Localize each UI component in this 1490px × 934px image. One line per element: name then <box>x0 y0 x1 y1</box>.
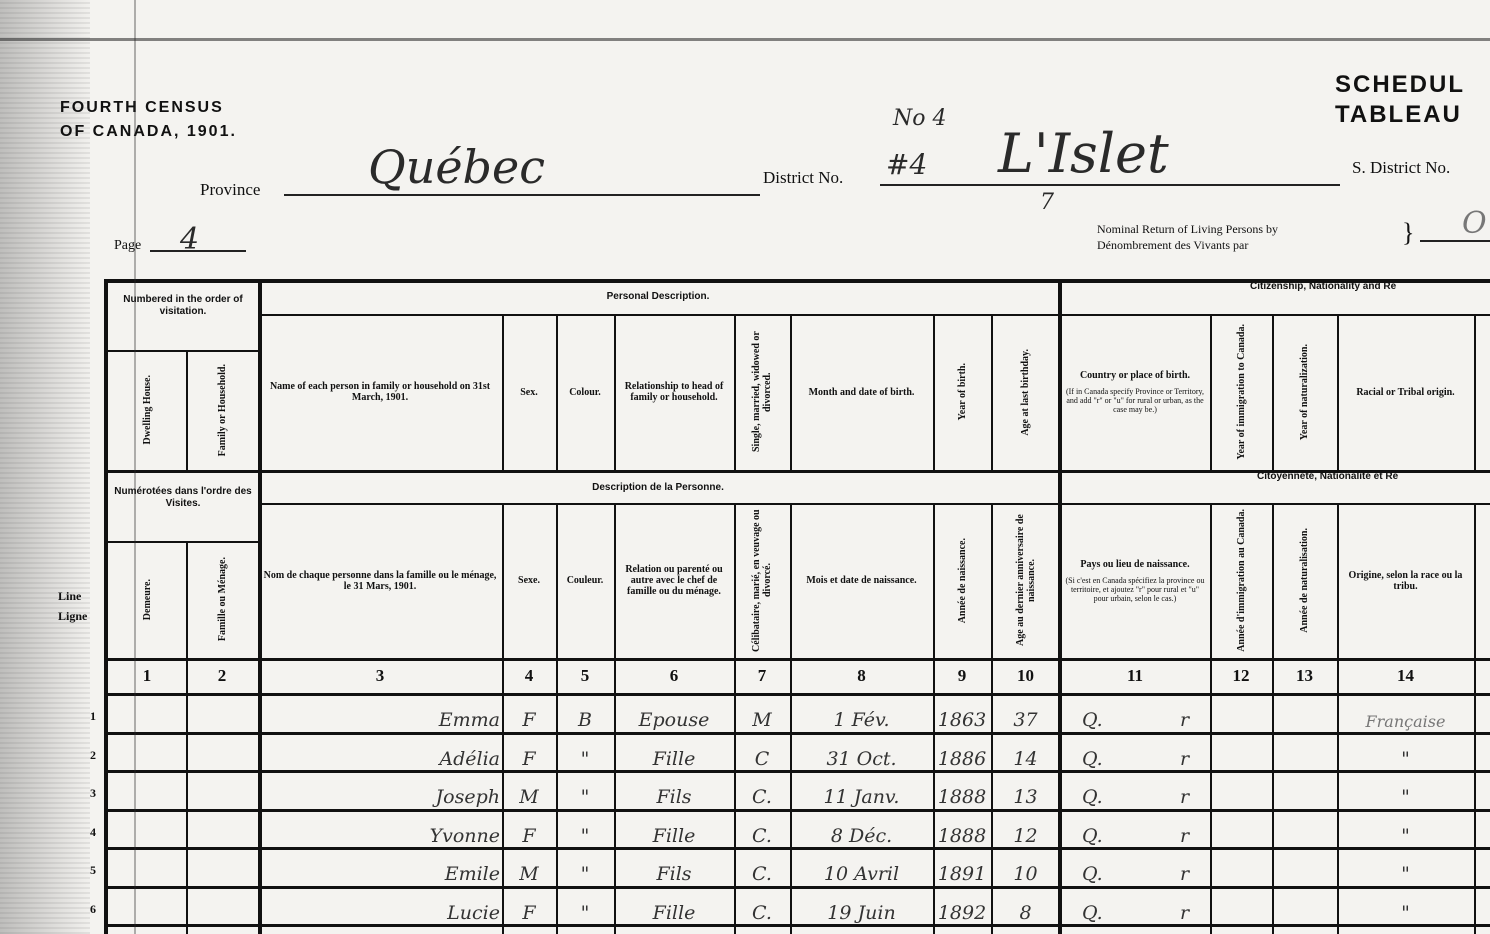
column-number-7: 7 <box>734 658 790 693</box>
line-number: 4 <box>78 825 108 840</box>
column-header-13-fr: Année de naturalisation. <box>1275 505 1334 656</box>
district-label: District No. <box>763 168 843 188</box>
cell-age: 14 <box>993 735 1058 772</box>
cell-birth_date: 11 Janv. <box>792 773 931 810</box>
cell-age: 37 <box>993 696 1058 733</box>
cell-colour: " <box>558 773 612 810</box>
column-number-10: 10 <box>991 658 1060 693</box>
column-number-2: 2 <box>186 658 258 693</box>
column-header-5-en: Colour. <box>559 316 611 468</box>
line-label-en: Line <box>58 586 87 606</box>
cell-origin: Française <box>1339 696 1472 733</box>
cell-birth_year: 1891 <box>935 850 989 887</box>
cell-name: Emma <box>260 696 510 733</box>
column-header-note: (Si c'est en Canada spécifiez la provinc… <box>1063 576 1207 603</box>
cell-colour: " <box>558 850 612 887</box>
column-header-text: Country or place of birth. <box>1080 370 1190 381</box>
cell-name: Yvonne <box>260 812 510 849</box>
cell-rural-urban: r <box>1180 735 1206 772</box>
column-header-1-en: Dwelling House. <box>111 352 183 468</box>
cell-sex: M <box>504 850 554 887</box>
cell-birth_date: 1 Fév. <box>792 696 931 733</box>
column-header-3-en: Name of each person in family or househo… <box>261 316 499 468</box>
section-title-personal-fr: Description de la Personne. <box>258 482 1058 493</box>
table-rule-vertical <box>1272 314 1274 470</box>
cell-birth_date: 10 Avril <box>792 850 931 887</box>
cell-birth_year: 1888 <box>935 773 989 810</box>
column-header-3-fr: Nom de chaque personne dans la famille o… <box>261 505 499 656</box>
column-number-1: 1 <box>108 658 186 693</box>
table-rule-vertical <box>734 314 736 470</box>
section-title-visitation-en: Numbered in the order of visitation. <box>110 294 256 318</box>
cell-status: M <box>736 696 788 733</box>
cell-rural-urban: r <box>1180 812 1206 849</box>
line-label-fr: Ligne <box>58 606 87 626</box>
sub-district-label: S. District No. <box>1352 158 1450 178</box>
census-title-line-2: OF CANADA, 1901. <box>60 120 237 144</box>
column-header-text: Mois et date de naissance. <box>806 575 916 586</box>
cell-relation: Fille <box>616 889 732 926</box>
cell-birth_year: 1863 <box>935 696 989 733</box>
column-header-text: Year of naturalization. <box>1299 344 1310 440</box>
column-header-5-fr: Couleur. <box>559 505 611 656</box>
cell-rural-urban: r <box>1180 889 1206 926</box>
cell-origin: " <box>1339 773 1472 810</box>
column-header-note: (If in Canada specify Province or Territ… <box>1063 387 1207 414</box>
column-header-text: Year of birth. <box>957 363 968 420</box>
table-rule-vertical <box>614 314 616 470</box>
top-border-line <box>0 38 1490 41</box>
cell-birth_date: 19 Juin <box>792 889 931 926</box>
column-header-text: Famille ou Ménage. <box>217 557 228 641</box>
column-header-text: Relation ou parenté ou autre avec le che… <box>617 564 731 597</box>
column-header-text: Single, married, widowed or divorced. <box>751 320 773 464</box>
cell-sex: F <box>504 696 554 733</box>
cell-status: C. <box>736 812 788 849</box>
column-number-5: 5 <box>556 658 614 693</box>
column-header-text: Célibataire, marié, en veuvage ou divorc… <box>751 509 773 652</box>
table-rule-vertical <box>1210 314 1212 470</box>
table-rule-vertical <box>1474 503 1476 934</box>
cell-relation: Fille <box>616 735 732 772</box>
cell-origin: " <box>1339 850 1472 887</box>
column-header-8-fr: Mois et date de naissance. <box>793 505 930 656</box>
column-header-14-fr: Origine, selon la race ou la tribu. <box>1340 505 1471 656</box>
page-label: Page <box>114 238 141 254</box>
cell-rural-urban: r <box>1180 696 1206 733</box>
column-header-text: Année d'immigration au Canada. <box>1236 509 1247 652</box>
nominal-return-en: Nominal Return of Living Persons by <box>1097 222 1278 236</box>
cell-age: 13 <box>993 773 1058 810</box>
schedule-title-line-1: SCHEDUL <box>1335 70 1465 100</box>
table-rule-vertical <box>790 314 792 470</box>
cell-rural-urban: r <box>1180 773 1206 810</box>
cell-status: C. <box>736 850 788 887</box>
column-number-12: 12 <box>1210 658 1272 693</box>
cell-age: 8 <box>993 889 1058 926</box>
cell-name: Joseph <box>260 773 510 810</box>
column-number-8: 8 <box>790 658 933 693</box>
table-rule-vertical <box>1337 314 1339 470</box>
column-header-12-en: Year of immigration to Canada. <box>1213 316 1269 468</box>
line-number: 6 <box>78 902 108 917</box>
cell-origin: " <box>1339 735 1472 772</box>
cell-relation: Fils <box>616 773 732 810</box>
scan-fold-line <box>134 0 136 934</box>
table-rule-vertical <box>502 314 504 470</box>
column-number-13: 13 <box>1272 658 1337 693</box>
table-rule-vertical <box>991 314 993 470</box>
cell-status: C <box>736 735 788 772</box>
district-name: L'Islet <box>998 122 1169 185</box>
cell-birth_year: 1886 <box>935 735 989 772</box>
schedule-title-line-2: TABLEAU <box>1335 100 1465 130</box>
column-header-8-en: Month and date of birth. <box>793 316 930 468</box>
column-header-text: Sex. <box>520 387 538 398</box>
nominal-return-fr: Dénombrement des Vivants par <box>1097 238 1248 252</box>
column-header-6-en: Relationship to head of family or househ… <box>617 316 731 468</box>
census-title: FOURTH CENSUS OF CANADA, 1901. <box>60 96 237 144</box>
column-header-text: Couleur. <box>567 575 604 586</box>
cell-relation: Fille <box>616 812 732 849</box>
schedule-title: SCHEDUL TABLEAU <box>1335 70 1465 130</box>
column-number-6: 6 <box>614 658 734 693</box>
column-header-4-en: Sex. <box>505 316 553 468</box>
column-number-4: 4 <box>502 658 556 693</box>
section-title-visitation-fr: Numérotées dans l'ordre des Visites. <box>110 486 256 510</box>
column-header-text: Age at last birthday. <box>1020 349 1031 436</box>
line-number: 2 <box>78 748 108 763</box>
cell-sex: M <box>504 773 554 810</box>
column-number-14: 14 <box>1337 658 1474 693</box>
column-header-text: Dwelling House. <box>142 375 153 444</box>
column-header-9-en: Year of birth. <box>936 316 988 468</box>
section-title-personal-en: Personal Description. <box>258 291 1058 302</box>
cell-status: C. <box>736 889 788 926</box>
column-header-text: Année de naturalisation. <box>1299 528 1310 633</box>
line-number: 1 <box>78 709 108 724</box>
cell-birth_date: 8 Déc. <box>792 812 931 849</box>
column-header-10-fr: Age au dernier anniversaire de naissance… <box>994 505 1057 656</box>
cell-age: 10 <box>993 850 1058 887</box>
table-rule-vertical <box>1272 503 1274 934</box>
column-header-11-en: Country or place of birth.(If in Canada … <box>1063 316 1207 468</box>
cell-sex: F <box>504 735 554 772</box>
column-header-text: Age au dernier anniversaire de naissance… <box>1015 509 1037 652</box>
cell-origin: " <box>1339 812 1472 849</box>
column-header-7-en: Single, married, widowed or divorced. <box>737 316 787 468</box>
column-header-text: Sexe. <box>518 575 540 586</box>
cell-age: 12 <box>993 812 1058 849</box>
column-number-11: 11 <box>1060 658 1210 693</box>
column-header-text: Colour. <box>569 387 601 398</box>
column-header-text: Name of each person in family or househo… <box>261 381 499 403</box>
cell-sex: F <box>504 812 554 849</box>
column-number-9: 9 <box>933 658 991 693</box>
column-header-14-en: Racial or Tribal origin. <box>1340 316 1471 468</box>
column-header-text: Pays ou lieu de naissance. <box>1080 559 1189 570</box>
cell-name: Lucie <box>260 889 510 926</box>
column-number-3: 3 <box>258 658 502 693</box>
cell-colour: " <box>558 735 612 772</box>
line-number: 3 <box>78 786 108 801</box>
column-header-12-fr: Année d'immigration au Canada. <box>1213 505 1269 656</box>
cell-relation: Fils <box>616 850 732 887</box>
cell-birth_date: 31 Oct. <box>792 735 931 772</box>
line-number: 5 <box>78 863 108 878</box>
section-title-citizenship-en: Citizenship, Nationality and Re <box>1060 281 1490 292</box>
cell-birth_year: 1892 <box>935 889 989 926</box>
cell-birth_year: 1888 <box>935 812 989 849</box>
cell-colour: B <box>558 696 612 733</box>
province-value: Québec <box>368 140 545 194</box>
column-header-text: Origine, selon la race ou la tribu. <box>1340 570 1471 592</box>
table-rule-vertical <box>1474 314 1476 470</box>
district-number: #4 <box>886 148 927 181</box>
cell-sex: F <box>504 889 554 926</box>
table-rule-vertical <box>186 350 188 470</box>
column-header-text: Family or Household. <box>217 364 228 456</box>
cell-colour: " <box>558 812 612 849</box>
column-header-text: Racial or Tribal origin. <box>1356 387 1454 398</box>
cell-relation: Epouse <box>616 696 732 733</box>
enumerator-partial: O <box>1462 206 1487 241</box>
line-column-label: Line Ligne <box>58 586 87 626</box>
column-header-text: Relationship to head of family or househ… <box>617 381 731 403</box>
table-rule-vertical <box>186 541 188 934</box>
column-header-2-en: Family or Household. <box>189 352 255 468</box>
province-underline <box>284 194 760 196</box>
column-header-text: Demeure. <box>142 579 153 620</box>
province-label: Province <box>200 180 260 200</box>
cell-origin: " <box>1339 889 1472 926</box>
district-subnote: 7 <box>1040 190 1054 215</box>
cell-name: Adélia <box>260 735 510 772</box>
column-header-6-fr: Relation ou parenté ou autre avec le che… <box>617 505 731 656</box>
cell-rural-urban: r <box>1180 850 1206 887</box>
column-header-10-en: Age at last birthday. <box>994 316 1057 468</box>
page-value: 4 <box>180 222 199 257</box>
table-rule-vertical <box>933 314 935 470</box>
table-rule-vertical <box>1210 503 1212 934</box>
cell-colour: " <box>558 889 612 926</box>
section-title-citizenship-fr: Citoyenneté, Nationalité et Re <box>1060 471 1490 482</box>
column-header-text: Nom de chaque personne dans la famille o… <box>261 570 499 592</box>
census-title-line-1: FOURTH CENSUS <box>60 96 237 120</box>
column-header-text: Année de naissance. <box>957 538 968 623</box>
column-header-2-fr: Famille ou Ménage. <box>189 543 255 656</box>
column-header-11-fr: Pays ou lieu de naissance.(Si c'est en C… <box>1063 505 1207 656</box>
district-annotation: No 4 <box>893 106 947 131</box>
column-header-1-fr: Demeure. <box>111 543 183 656</box>
column-header-4-fr: Sexe. <box>505 505 553 656</box>
nominal-brace: } <box>1402 218 1414 248</box>
column-header-7-fr: Célibataire, marié, en veuvage ou divorc… <box>737 505 787 656</box>
column-header-9-fr: Année de naissance. <box>936 505 988 656</box>
cell-status: C. <box>736 773 788 810</box>
table-rule-vertical <box>556 314 558 470</box>
column-header-text: Month and date of birth. <box>809 387 915 398</box>
cell-name: Emile <box>260 850 510 887</box>
column-header-text: Year of immigration to Canada. <box>1236 324 1247 460</box>
column-header-13-en: Year of naturalization. <box>1275 316 1334 468</box>
